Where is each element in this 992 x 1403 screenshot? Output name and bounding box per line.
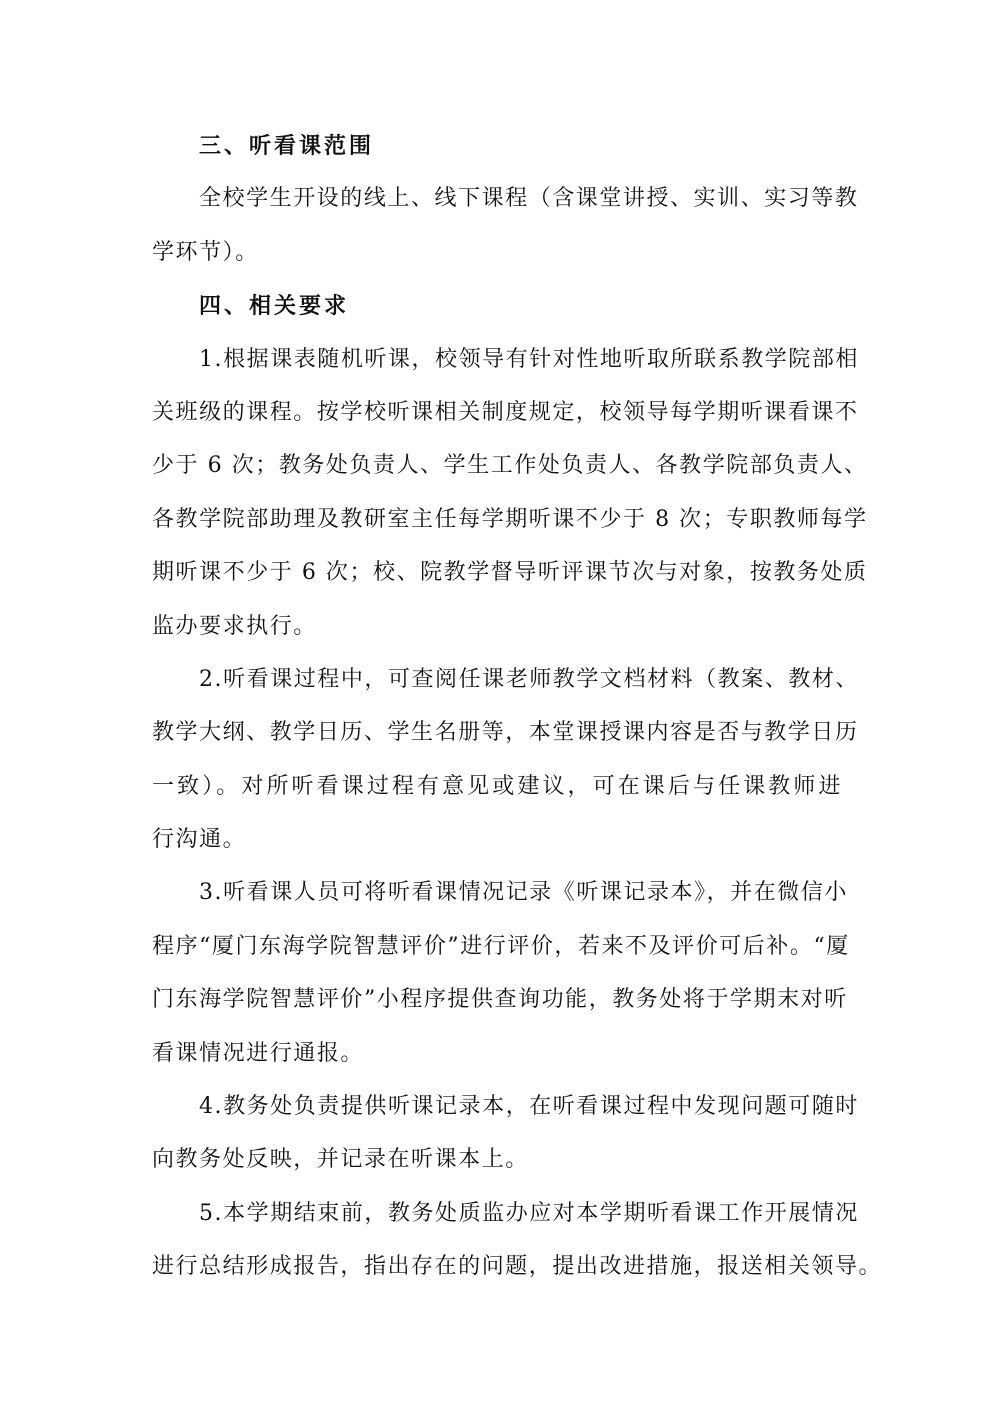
requirement-item-1: 1.根据课表随机听课，校领导有针对性地听取所联系教学院部相 关班级的课程。按学校… (152, 338, 842, 658)
section-heading-scope: 三、听看课范围 (152, 124, 842, 177)
text-line: 向教务处反映，并记录在听课本上。 (152, 1138, 842, 1191)
text-line: 学环节）。 (152, 231, 842, 284)
paragraph-scope: 全校学生开设的线上、线下课程（含课堂讲授、实训、实习等教 学环节）。 (152, 177, 842, 284)
text-line: 教学大纲、教学日历、学生名册等，本堂课授课内容是否与教学日历 (152, 711, 842, 764)
requirement-item-3: 3.听看课人员可将听看课情况记录《听课记录本》，并在微信小 程序“厦门东海学院智… (152, 871, 842, 1085)
text-line: 少于 6 次；教务处负责人、学生工作处负责人、各教学院部负责人、 (152, 444, 842, 497)
text-line: 各教学院部助理及教研室主任每学期听课不少于 8 次；专职教师每学 (152, 498, 842, 551)
text-line: 关班级的课程。按学校听课相关制度规定，校领导每学期听课看课不 (152, 391, 842, 444)
text-line: 门东海学院智慧评价”小程序提供查询功能，教务处将于学期末对听 (152, 978, 842, 1031)
text-line: 2.听看课过程中，可查阅任课老师教学文档材料（教案、教材、 (152, 658, 842, 711)
text-line: 4.教务处负责提供听课记录本，在听看课过程中发现问题可随时 (152, 1085, 842, 1138)
requirement-item-5: 5.本学期结束前，教务处质监办应对本学期听看课工作开展情况 进行总结形成报告，指… (152, 1192, 842, 1299)
section-heading-requirements: 四、相关要求 (152, 284, 842, 337)
text-line: 3.听看课人员可将听看课情况记录《听课记录本》，并在微信小 (152, 871, 842, 924)
document-page: 三、听看课范围 全校学生开设的线上、线下课程（含课堂讲授、实训、实习等教 学环节… (152, 124, 842, 1299)
text-line: 行沟通。 (152, 818, 842, 871)
text-line: 程序“厦门东海学院智慧评价”进行评价，若来不及评价可后补。“厦 (152, 925, 842, 978)
text-line: 期听课不少于 6 次；校、院教学督导听评课节次与对象，按教务处质 (152, 551, 842, 604)
requirement-item-2: 2.听看课过程中，可查阅任课老师教学文档材料（教案、教材、 教学大纲、教学日历、… (152, 658, 842, 872)
text-line: 全校学生开设的线上、线下课程（含课堂讲授、实训、实习等教 (152, 177, 842, 230)
text-line: 1.根据课表随机听课，校领导有针对性地听取所联系教学院部相 (152, 338, 842, 391)
text-line: 监办要求执行。 (152, 605, 842, 658)
text-line: 一致）。对所听看课过程有意见或建议，可在课后与任课教师进 (152, 765, 842, 818)
text-line: 进行总结形成报告，指出存在的问题，提出改进措施，报送相关领导。 (152, 1245, 842, 1298)
text-line: 看课情况进行通报。 (152, 1032, 842, 1085)
text-line: 5.本学期结束前，教务处质监办应对本学期听看课工作开展情况 (152, 1192, 842, 1245)
requirement-item-4: 4.教务处负责提供听课记录本，在听看课过程中发现问题可随时 向教务处反映，并记录… (152, 1085, 842, 1192)
